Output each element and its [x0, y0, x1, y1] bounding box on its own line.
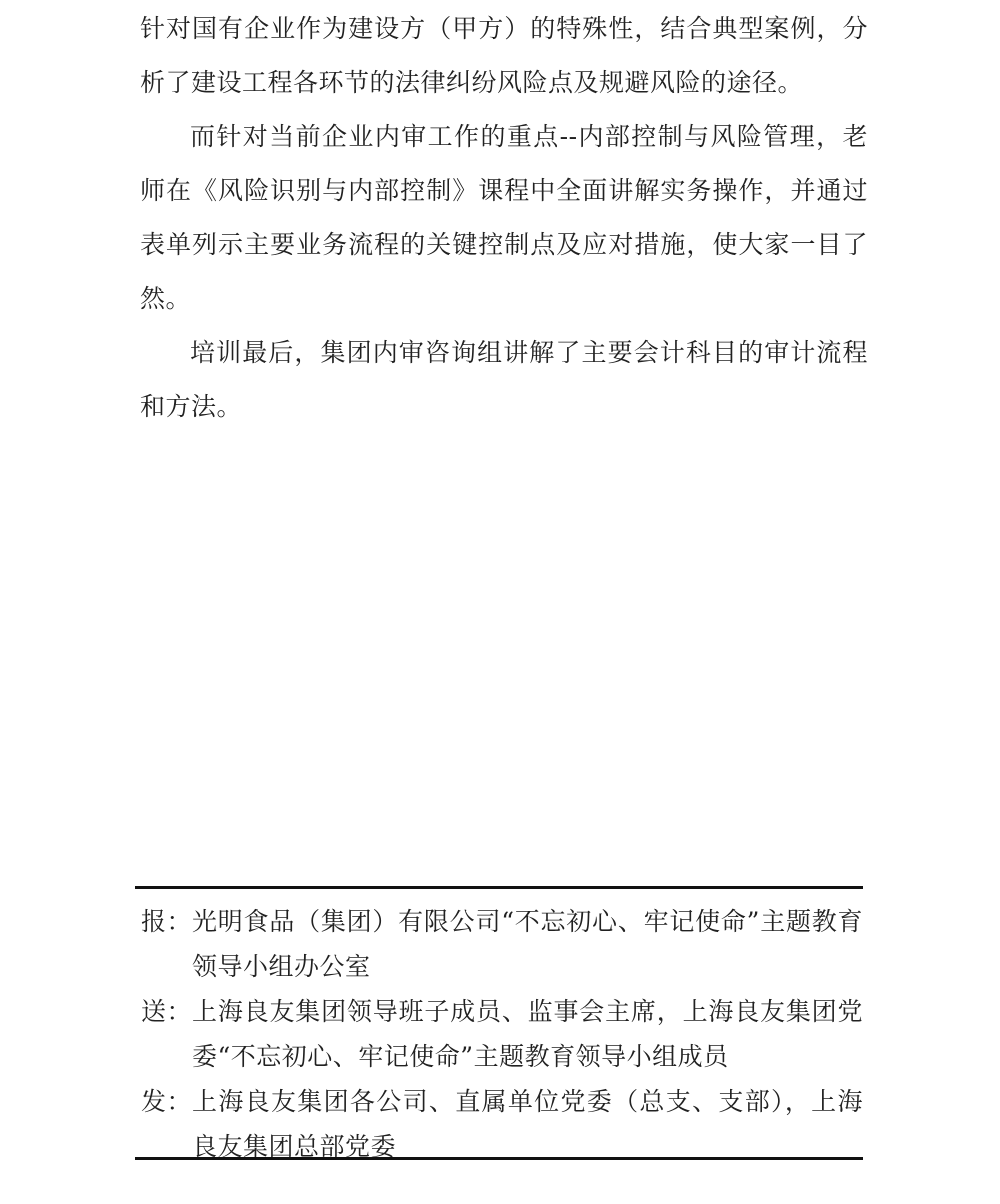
- document-page: 针对国有企业作为建设方（甲方）的特殊性，结合典型案例，分析了建设工程各环节的法律…: [0, 0, 1000, 1204]
- document-body: 针对国有企业作为建设方（甲方）的特殊性，结合典型案例，分析了建设工程各环节的法律…: [140, 2, 868, 434]
- distribution-entries: 报： 光明食品（集团）有限公司“不忘初心、牢记使命”主题教育领导小组办公室 送：…: [135, 889, 863, 1175]
- distribution-entry-bao: 报： 光明食品（集团）有限公司“不忘初心、牢记使命”主题教育领导小组办公室: [141, 899, 863, 989]
- distribution-text: 光明食品（集团）有限公司“不忘初心、牢记使命”主题教育领导小组办公室: [192, 899, 863, 989]
- footer-bottom-rule: [135, 1157, 863, 1160]
- body-paragraph: 而针对当前企业内审工作的重点--内部控制与风险管理，老师在《风险识别与内部控制》…: [140, 110, 868, 326]
- distribution-footer: 报： 光明食品（集团）有限公司“不忘初心、牢记使命”主题教育领导小组办公室 送：…: [135, 886, 863, 1175]
- body-paragraph: 培训最后，集团内审咨询组讲解了主要会计科目的审计流程和方法。: [140, 326, 868, 434]
- body-paragraph: 针对国有企业作为建设方（甲方）的特殊性，结合典型案例，分析了建设工程各环节的法律…: [140, 2, 868, 110]
- distribution-label: 报：: [141, 899, 192, 944]
- distribution-text: 上海良友集团各公司、直属单位党委（总支、支部），上海良友集团总部党委: [192, 1079, 863, 1169]
- distribution-entry-fa: 发： 上海良友集团各公司、直属单位党委（总支、支部），上海良友集团总部党委: [141, 1079, 863, 1169]
- distribution-entry-song: 送： 上海良友集团领导班子成员、监事会主席，上海良友集团党委“不忘初心、牢记使命…: [141, 989, 863, 1079]
- distribution-text: 上海良友集团领导班子成员、监事会主席，上海良友集团党委“不忘初心、牢记使命”主题…: [192, 989, 863, 1079]
- distribution-label: 送：: [141, 989, 192, 1034]
- distribution-label: 发：: [141, 1079, 192, 1124]
